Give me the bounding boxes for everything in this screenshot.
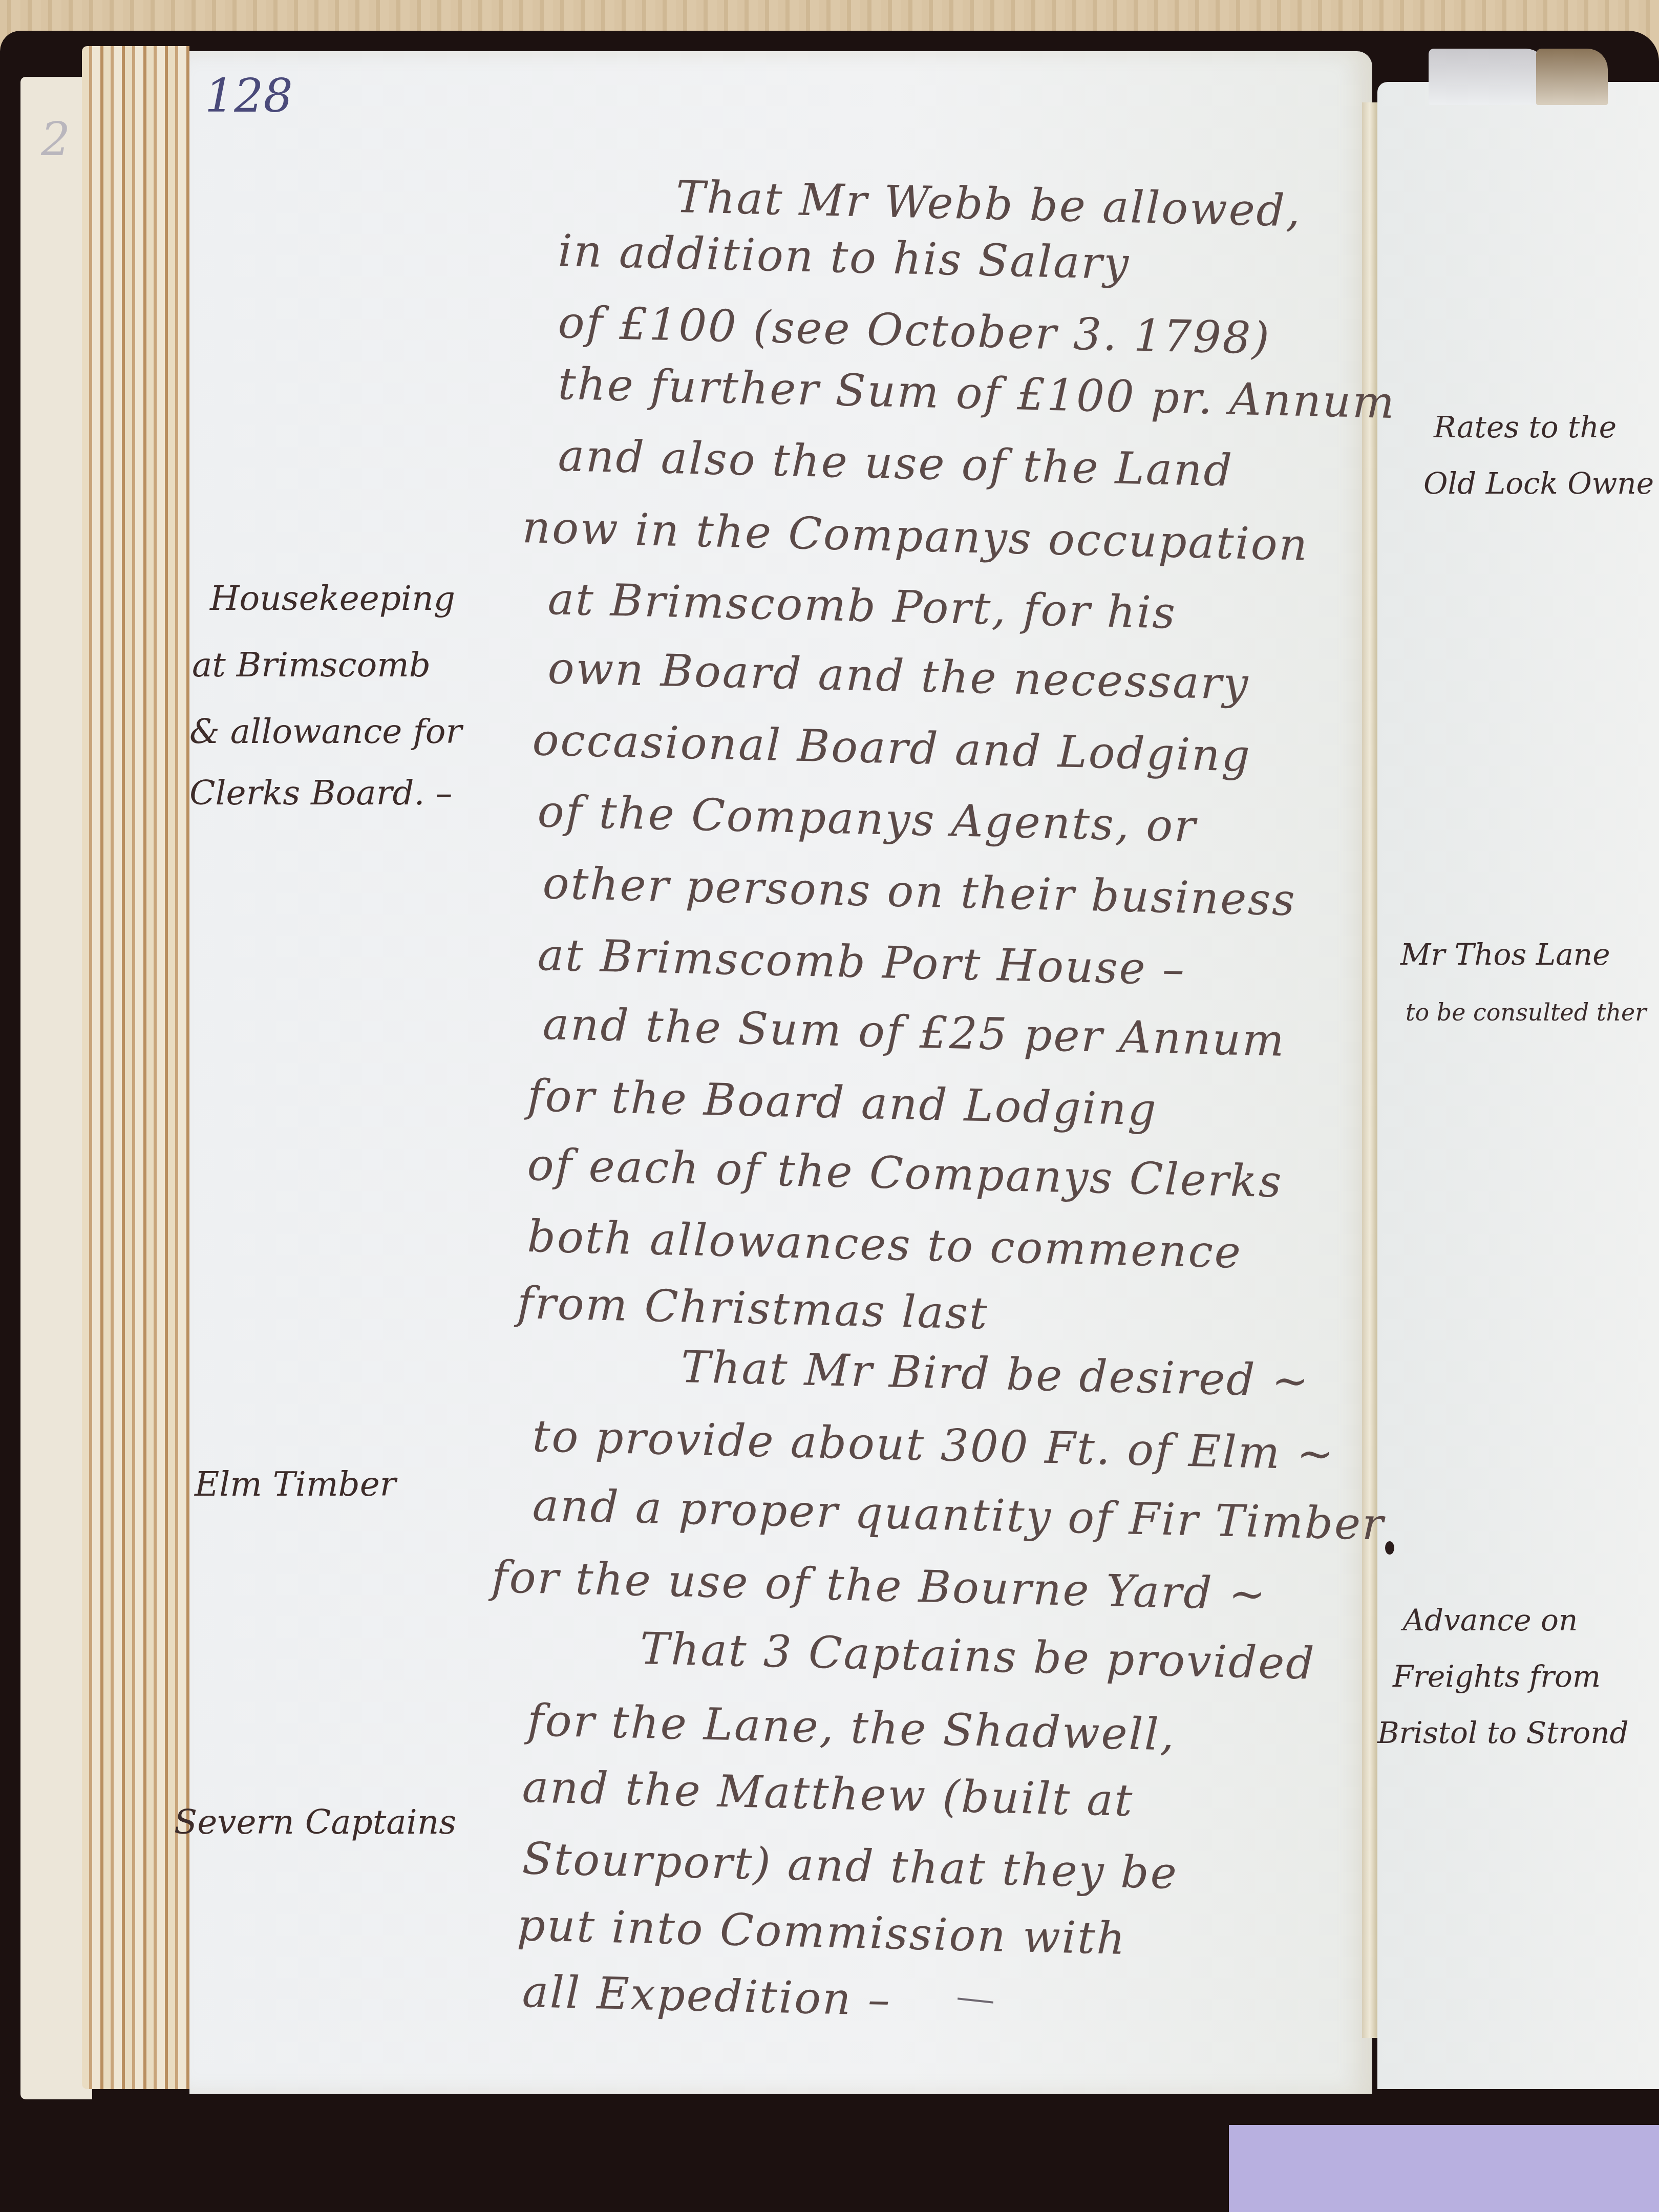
right-note-freights: Freights from [1393, 1659, 1601, 1694]
margin-note-severn-captains: Severn Captains [174, 1802, 456, 1842]
right-note-consulted: to be consulted ther [1406, 998, 1646, 1026]
body-line: all Expedition – [522, 1966, 892, 2026]
ghost-page-number: 2 [41, 113, 70, 166]
table-surface [1229, 2125, 1659, 2212]
page-edges-stack [82, 46, 189, 2089]
right-note-thos-lane: Mr Thos Lane [1400, 937, 1610, 972]
margin-note-at-brimscomb: at Brimscomb [192, 645, 431, 685]
right-note-bristol: Bristol to Strond [1377, 1715, 1629, 1750]
tape-tab-brown [1536, 49, 1608, 105]
right-note-old-lock: Old Lock Owne [1423, 466, 1654, 501]
right-note-advance: Advance on [1403, 1603, 1578, 1637]
underlying-page: 2 [20, 77, 92, 2099]
page-number: 128 [205, 69, 293, 123]
margin-note-clerks-board: Clerks Board. – [189, 773, 452, 813]
margin-note-housekeeping: Housekeeping [210, 579, 455, 618]
margin-note-allowance: & allowance for [189, 712, 462, 751]
right-page [1377, 82, 1659, 2089]
ink-blot [1385, 1541, 1394, 1555]
margin-note-elm-timber: Elm Timber [195, 1464, 396, 1504]
body-line: from Christmas last [517, 1278, 989, 1339]
right-note-rates: Rates to the [1434, 410, 1617, 444]
tape-tab [1429, 49, 1546, 105]
